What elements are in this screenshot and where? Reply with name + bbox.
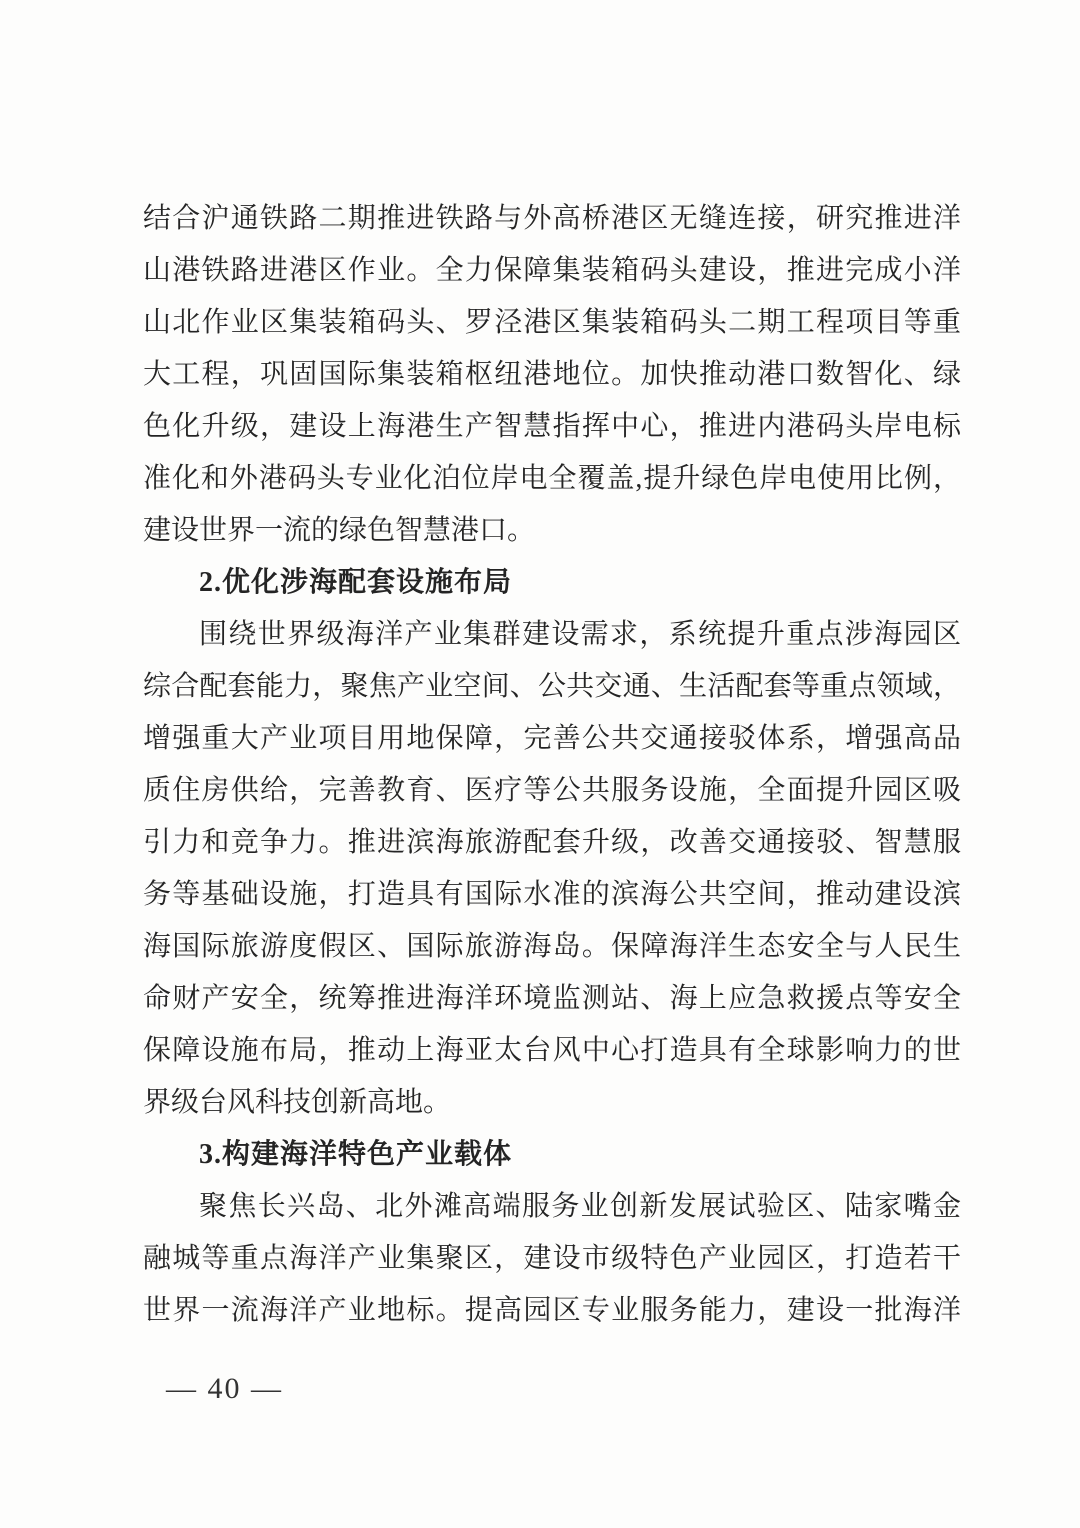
text-line: 保障设施布局，推动上海亚太台风中心打造具有全球影响力的世	[143, 1025, 961, 1077]
text-line: 海国际旅游度假区、国际旅游海岛。保障海洋生态安全与人民生	[143, 921, 961, 973]
text-line: 围绕世界级海洋产业集群建设需求，系统提升重点涉海园区	[143, 609, 961, 661]
text-line: 质住房供给，完善教育、医疗等公共服务设施，全面提升园区吸	[143, 765, 961, 817]
section-heading-3: 3.构建海洋特色产业载体	[143, 1129, 961, 1181]
text-line: 大工程，巩固国际集装箱枢纽港地位。加快推动港口数智化、绿	[143, 349, 961, 401]
text-line: 色化升级，建设上海港生产智慧指挥中心，推进内港码头岸电标	[143, 401, 961, 453]
text-line: 务等基础设施，打造具有国际水准的滨海公共空间，推动建设滨	[143, 869, 961, 921]
text-line: 世界一流海洋产业地标。提高园区专业服务能力，建设一批海洋	[143, 1285, 961, 1337]
document-page: 结合沪通铁路二期推进铁路与外高桥港区无缝连接，研究推进洋 山港铁路进港区作业。全…	[0, 0, 1080, 1528]
text-line: 界级台风科技创新高地。	[143, 1077, 961, 1129]
text-line: 聚焦长兴岛、北外滩高端服务业创新发展试验区、陆家嘴金	[143, 1181, 961, 1233]
text-line: 山港铁路进港区作业。全力保障集装箱码头建设，推进完成小洋	[143, 245, 961, 297]
text-line: 结合沪通铁路二期推进铁路与外高桥港区无缝连接，研究推进洋	[143, 193, 961, 245]
page-number: — 40 —	[166, 1372, 283, 1406]
text-line: 融城等重点海洋产业集聚区，建设市级特色产业园区，打造若干	[143, 1233, 961, 1285]
text-line: 增强重大产业项目用地保障，完善公共交通接驳体系，增强高品	[143, 713, 961, 765]
text-line: 准化和外港码头专业化泊位岸电全覆盖,提升绿色岸电使用比例，	[143, 453, 961, 505]
text-line: 山北作业区集装箱码头、罗泾港区集装箱码头二期工程项目等重	[143, 297, 961, 349]
text-line: 命财产安全，统筹推进海洋环境监测站、海上应急救援点等安全	[143, 973, 961, 1025]
document-text-block: 结合沪通铁路二期推进铁路与外高桥港区无缝连接，研究推进洋 山港铁路进港区作业。全…	[143, 193, 961, 1337]
text-line: 综合配套能力，聚焦产业空间、公共交通、生活配套等重点领域，	[143, 661, 961, 713]
text-line: 建设世界一流的绿色智慧港口。	[143, 505, 961, 557]
section-heading-2: 2.优化涉海配套设施布局	[143, 557, 961, 609]
text-line: 引力和竞争力。推进滨海旅游配套升级，改善交通接驳、智慧服	[143, 817, 961, 869]
